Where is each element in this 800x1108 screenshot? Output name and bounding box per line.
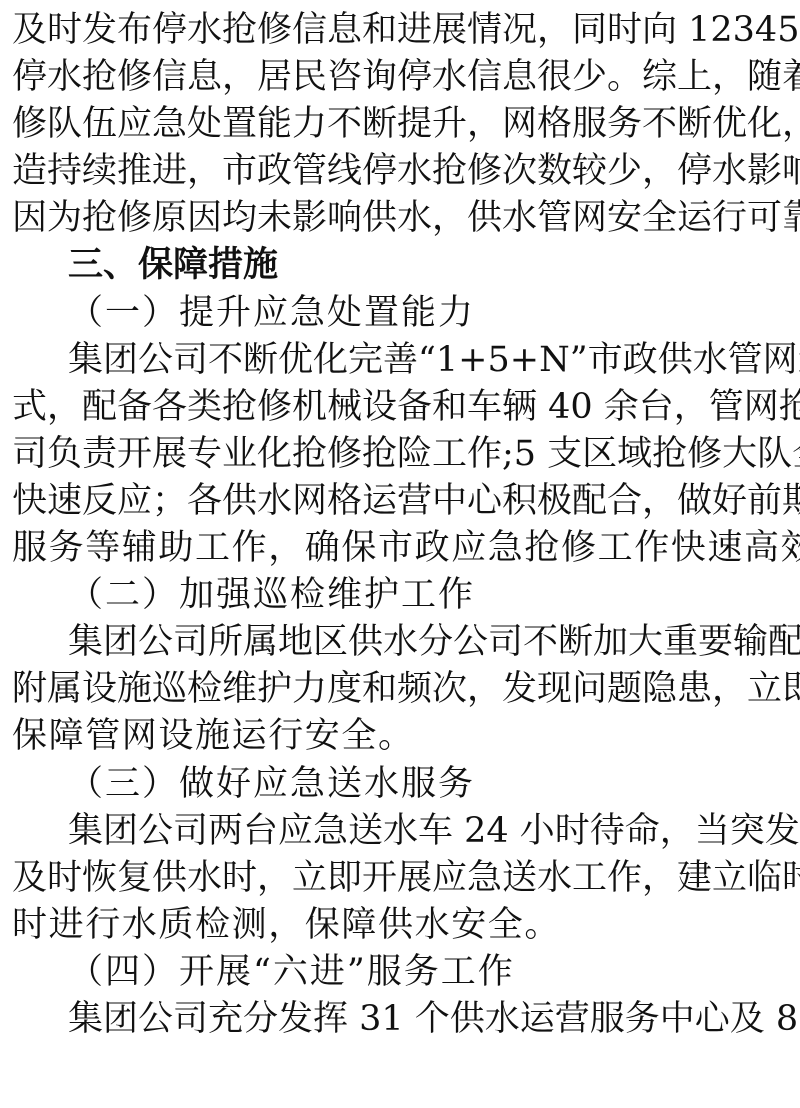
text-line: 造持续推进，市政管线停水抢修次数较少，停水影响不断降低， [0,148,800,195]
paragraph-continued: 及时发布停水抢修信息和进展情况，同时向 12345 民声热线报备 停水抢修信息，… [0,7,800,242]
text-line: 及时发布停水抢修信息和进展情况，同时向 12345 民声热线报备 [0,7,800,54]
text-line: 集团公司两台应急送水车 24 小时待命，当突发事故、无法 [0,808,800,855]
subheading-six-entries-service: （四）开展“六进”服务工作 [0,949,800,996]
paragraph-inspection-maintenance: 集团公司所属地区供水分公司不断加大重要输配水管线及 附属设施巡检维护力度和频次，… [0,619,800,760]
paragraph-emergency-water-delivery: 集团公司两台应急送水车 24 小时待命，当突发事故、无法 及时恢复供水时，立即开… [0,808,800,949]
subheading-emergency-capability: （一）提升应急处置能力 [0,290,800,337]
text-line: 修队伍应急处置能力不断提升，网格服务不断优化，老旧管网改 [0,101,800,148]
subheading-emergency-water-delivery: （三）做好应急送水服务 [0,761,800,808]
paragraph-emergency-capability: 集团公司不断优化完善“1+5+N”市政供水管网运维抢修模 式，配备各类抢修机械设… [0,337,800,572]
text-line: 附属设施巡检维护力度和频次，发现问题隐患，立即进行处置， [0,666,800,713]
text-line: 保障管网设施运行安全。 [0,713,800,760]
text-line: 集团公司不断优化完善“1+5+N”市政供水管网运维抢修模 [0,337,800,384]
text-line: 及时恢复供水时，立即开展应急送水工作，建立临时供水点，同 [0,855,800,902]
text-line: 式，配备各类抢修机械设备和车辆 40 余台，管网抢修维护分公 [0,384,800,431]
text-line: 因为抢修原因均未影响供水，供水管网安全运行可靠性不断提高。 [0,195,800,242]
text-line: 快速反应；各供水网格运营中心积极配合，做好前期踏查、用户 [0,478,800,525]
text-line: 时进行水质检测，保障供水安全。 [0,902,800,949]
text-line: 停水抢修信息，居民咨询停水信息很少。综上，随着集团公司抢 [0,54,800,101]
text-line: 服务等辅助工作，确保市政应急抢修工作快速高效开展。 [0,525,800,572]
paragraph-six-entries-service: 集团公司充分发挥 31 个供水运营服务中心及 89 个供水网格 [0,996,800,1043]
text-line: 集团公司充分发挥 31 个供水运营服务中心及 89 个供水网格 [0,996,800,1043]
subheading-inspection-maintenance: （二）加强巡检维护工作 [0,572,800,619]
document-page: 及时发布停水抢修信息和进展情况，同时向 12345 民声热线报备 停水抢修信息，… [0,7,800,1043]
section-heading-safeguards: 三、保障措施 [0,242,800,289]
text-line: 集团公司所属地区供水分公司不断加大重要输配水管线及 [0,619,800,666]
text-line: 司负责开展专业化抢修抢险工作;5 支区域抢修大队全天候待命、 [0,431,800,478]
